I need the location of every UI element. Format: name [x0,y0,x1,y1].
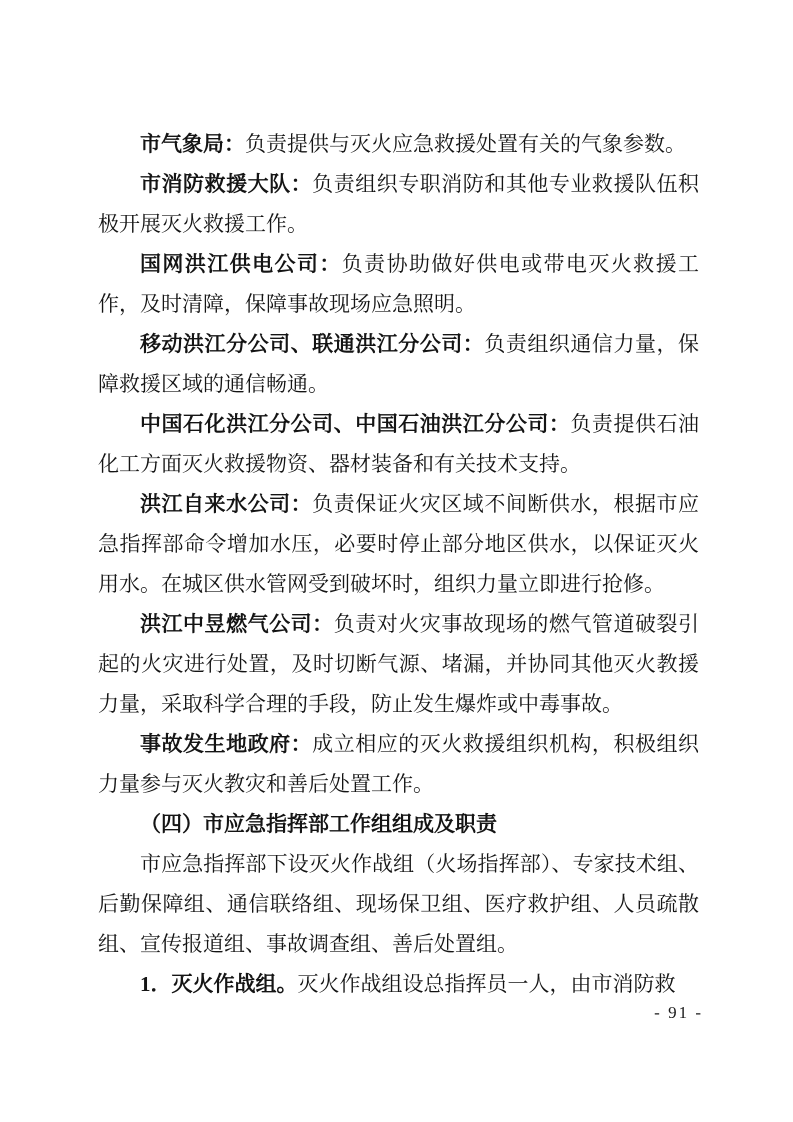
paragraph-lead: 洪江自来水公司： [140,492,312,516]
paragraph-gas-company: 洪江中昱燃气公司：负责对火灾事故现场的燃气管道破裂引起的火灾进行处置，及时切断气… [98,604,699,724]
paragraph-fire-rescue-brigade: 市消防救援大队：负责组织专职消防和其他专业救援队伍积极开展灭火救援工作。 [98,164,699,244]
paragraph-petrochemical-companies: 中国石化洪江分公司、中国石油洪江分公司：负责提供石油化工方面灭火救援物资、器材装… [98,404,699,484]
paragraph-body: 灭火作战组设总指挥员一人，由市消防救 [298,972,676,996]
paragraph-lead: 移动洪江分公司、联通洪江分公司： [140,332,484,356]
paragraph-firefighting-combat-group: 1．灭火作战组。灭火作战组设总指挥员一人，由市消防救 [98,964,699,1004]
paragraph-lead: 中国石化洪江分公司、中国石油洪江分公司： [140,412,570,436]
paragraph-lead: 事故发生地政府： [140,732,312,756]
paragraph-lead: 1．灭火作战组。 [140,972,298,996]
paragraph-lead: 洪江中昱燃气公司： [140,612,334,636]
paragraph-power-supply-company: 国网洪江供电公司：负责协助做好供电或带电灭火救援工作，及时清障，保障事故现场应急… [98,244,699,324]
paragraph-lead: 市消防救援大队： [140,172,312,196]
paragraph-work-groups-list: 市应急指挥部下设灭火作战组（火场指挥部）、专家技术组、后勤保障组、通信联络组、现… [98,844,699,964]
paragraph-lead: 市气象局： [140,132,245,156]
paragraph-meteorological-bureau: 市气象局：负责提供与灭火应急救援处置有关的气象参数。 [98,124,699,164]
paragraph-lead: 国网洪江供电公司： [140,252,342,276]
section-heading: （四）市应急指挥部工作组组成及职责 [98,804,699,844]
paragraph-telecom-companies: 移动洪江分公司、联通洪江分公司：负责组织通信力量，保障救援区域的通信畅通。 [98,324,699,404]
document-page: 市气象局：负责提供与灭火应急救援处置有关的气象参数。 市消防救援大队：负责组织专… [0,0,793,1122]
paragraph-water-company: 洪江自来水公司：负责保证火灾区域不间断供水，根据市应急指挥部命令增加水压，必要时… [98,484,699,604]
paragraph-local-government: 事故发生地政府：成立相应的灭火救援组织机构，积极组织力量参与灭火教灾和善后处置工… [98,724,699,804]
paragraph-body: 负责提供与灭火应急救援处置有关的气象参数。 [245,132,686,156]
page-number: - 91 - [654,1001,703,1025]
document-content: 市气象局：负责提供与灭火应急救援处置有关的气象参数。 市消防救援大队：负责组织专… [98,124,699,1004]
